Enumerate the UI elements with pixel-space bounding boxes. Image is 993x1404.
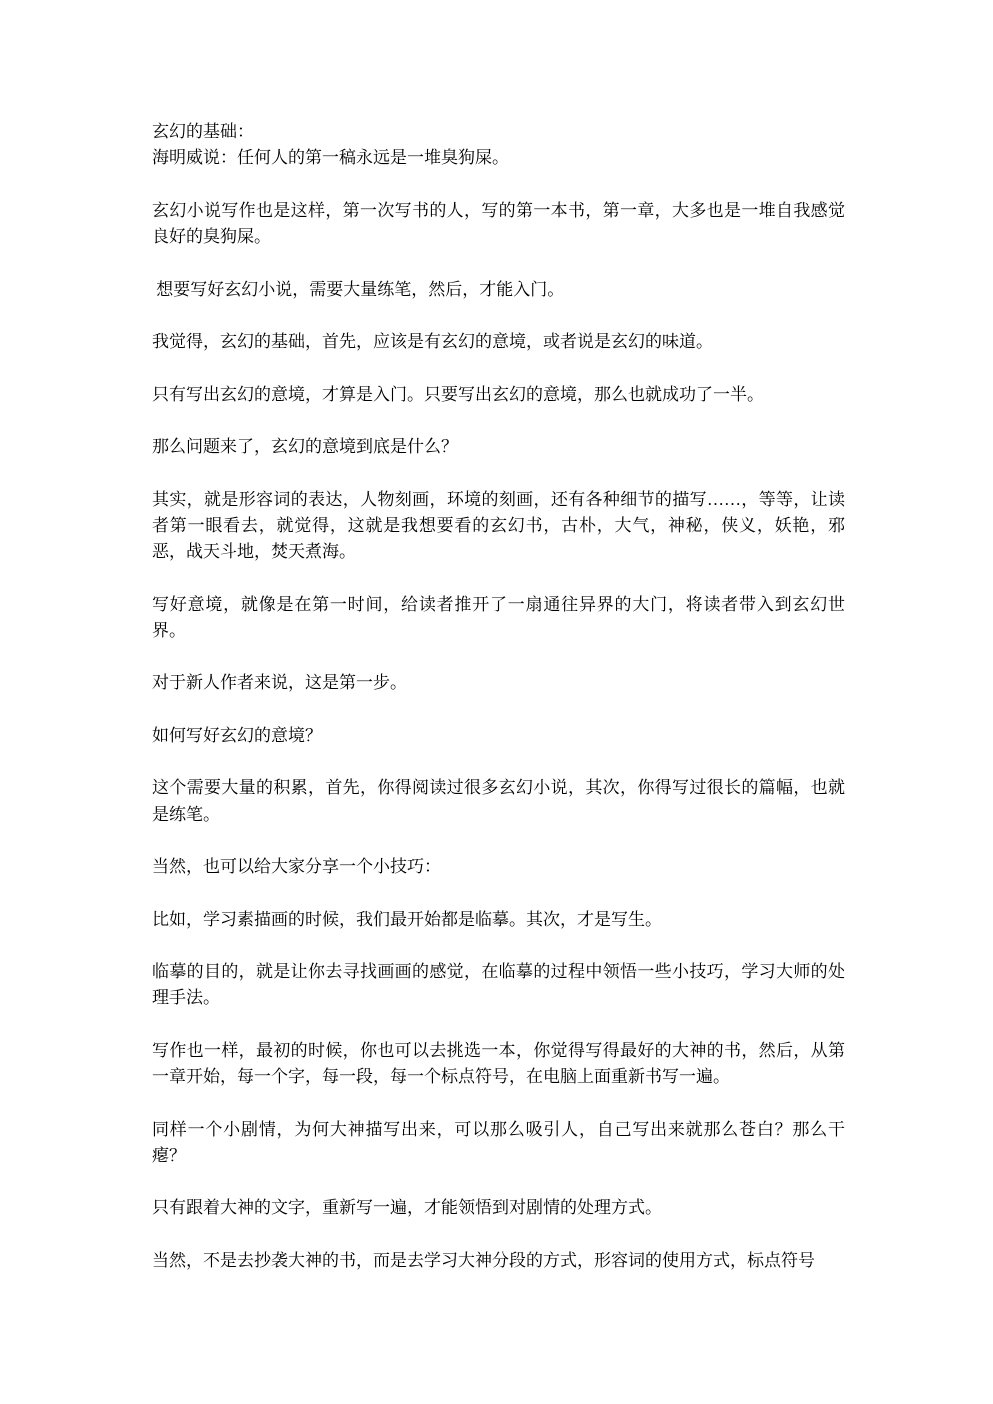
paragraph: 这个需要大量的积累，首先，你得阅读过很多玄幻小说，其次，你得写过很长的篇幅，也就… xyxy=(152,775,845,828)
paragraph: 临摹的目的，就是让你去寻找画画的感觉，在临摹的过程中领悟一些小技巧，学习大师的处… xyxy=(152,959,845,1012)
blank-line xyxy=(152,1090,845,1116)
paragraph: 比如，学习素描画的时候，我们最开始都是临摹。其次，才是写生。 xyxy=(152,907,845,933)
blank-line xyxy=(152,565,845,591)
paragraph: 玄幻小说写作也是这样，第一次写书的人，写的第一本书，第一章，大多也是一堆自我感觉… xyxy=(152,198,845,251)
blank-line xyxy=(152,460,845,486)
blank-line xyxy=(152,749,845,775)
paragraph: 如何写好玄幻的意境？ xyxy=(152,723,845,749)
paragraph: 只有跟着大神的文字，重新写一遍，才能领悟到对剧情的处理方式。 xyxy=(152,1195,845,1221)
paragraph: 玄幻的基础： xyxy=(152,119,845,145)
paragraph: 海明威说：任何人的第一稿永远是一堆臭狗屎。 xyxy=(152,145,845,171)
paragraph: 同样一个小剧情，为何大神描写出来，可以那么吸引人，自己写出来就那么苍白？那么干瘪… xyxy=(152,1117,845,1170)
paragraph: 当然，不是去抄袭大神的书，而是去学习大神分段的方式，形容词的使用方式，标点符号 xyxy=(152,1248,845,1274)
paragraph: 对于新人作者来说，这是第一步。 xyxy=(152,670,845,696)
paragraph: 其实，就是形容词的表达，人物刻画，环境的刻画，还有各种细节的描写……，等等，让读… xyxy=(152,487,845,566)
blank-line xyxy=(152,1012,845,1038)
document-body: 玄幻的基础：海明威说：任何人的第一稿永远是一堆臭狗屎。玄幻小说写作也是这样，第一… xyxy=(152,119,845,1274)
blank-line xyxy=(152,172,845,198)
blank-line xyxy=(152,355,845,381)
paragraph: 只有写出玄幻的意境，才算是入门。只要写出玄幻的意境，那么也就成功了一半。 xyxy=(152,382,845,408)
blank-line xyxy=(152,644,845,670)
blank-line xyxy=(152,828,845,854)
paragraph: 写作也一样，最初的时候，你也可以去挑选一本，你觉得写得最好的大神的书，然后，从第… xyxy=(152,1038,845,1091)
paragraph: 我觉得，玄幻的基础，首先，应该是有玄幻的意境，或者说是玄幻的味道。 xyxy=(152,329,845,355)
paragraph: 写好意境，就像是在第一时间，给读者推开了一扇通往异界的大门，将读者带入到玄幻世界… xyxy=(152,592,845,645)
blank-line xyxy=(152,250,845,276)
blank-line xyxy=(152,408,845,434)
blank-line xyxy=(152,303,845,329)
paragraph: 那么问题来了，玄幻的意境到底是什么？ xyxy=(152,434,845,460)
paragraph: 想要写好玄幻小说，需要大量练笔，然后，才能入门。 xyxy=(152,277,845,303)
blank-line xyxy=(152,880,845,906)
blank-line xyxy=(152,1222,845,1248)
blank-line xyxy=(152,1169,845,1195)
blank-line xyxy=(152,933,845,959)
paragraph: 当然，也可以给大家分享一个小技巧： xyxy=(152,854,845,880)
blank-line xyxy=(152,697,845,723)
document-page: 玄幻的基础：海明威说：任何人的第一稿永远是一堆臭狗屎。玄幻小说写作也是这样，第一… xyxy=(0,0,993,1404)
